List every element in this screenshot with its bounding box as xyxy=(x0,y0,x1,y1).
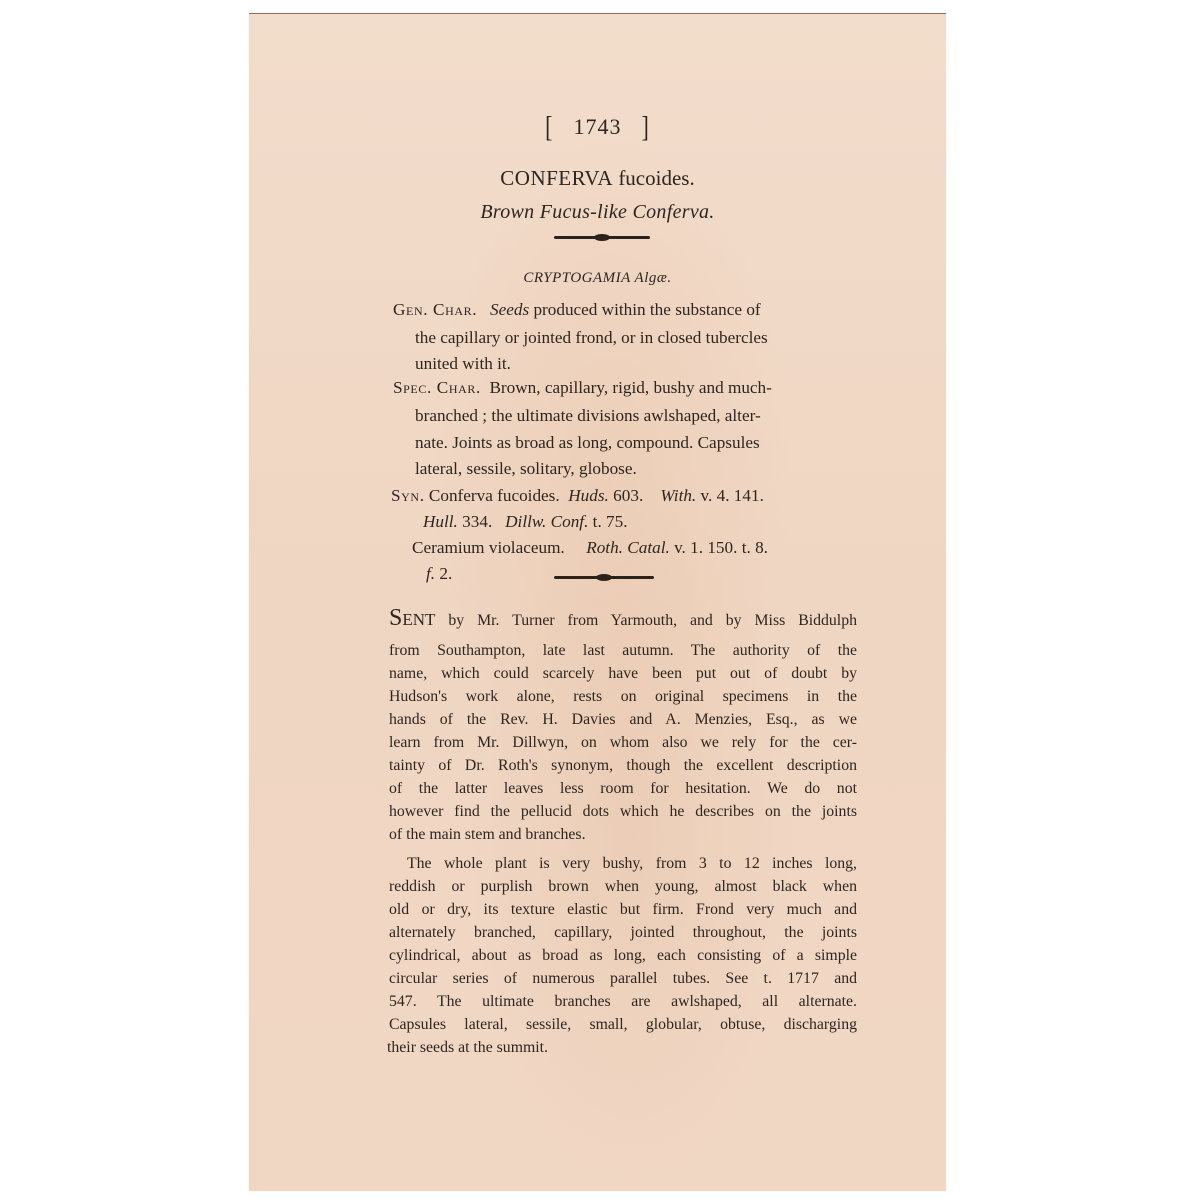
species-name: fucoides. xyxy=(618,166,694,190)
gen-char-line-3: united with it. xyxy=(415,352,511,376)
page-number: [1743] xyxy=(249,114,946,140)
paragraph-1-line-3: name, which could scarcely have been put… xyxy=(389,663,857,686)
spec-char-line-4: lateral, sessile, solitary, globose. xyxy=(415,457,637,481)
paragraph-1-line-6: learn from Mr. Dillwyn, on whom also we … xyxy=(389,732,857,755)
spec-char-line-1: Spec. Char. Brown, capillary, rigid, bus… xyxy=(393,376,772,400)
gen-char-line-2: the capillary or jointed frond, or in cl… xyxy=(415,326,768,350)
spec-char-line-2: branched ; the ultimate divisions awlsha… xyxy=(415,404,761,428)
classification: CRYPTOGAMIA Algæ. xyxy=(249,270,946,287)
book-page: [1743] CONFERVA fucoides. Brown Fucus-li… xyxy=(249,13,946,1191)
paragraph-1-line-9: however find the pellucid dots which he … xyxy=(389,801,857,824)
paragraph-2-line-8: Capsules lateral, sessile, small, globul… xyxy=(389,1014,857,1037)
plate-number: 1743 xyxy=(574,114,622,139)
paragraph-1-line-5: hands of the Rev. H. Davies and A. Menzi… xyxy=(389,709,857,732)
paragraph-2-line-3: old or dry, its texture elastic but firm… xyxy=(389,899,857,922)
genus-name: CONFERVA xyxy=(500,166,613,190)
spec-char-label: Spec. Char. xyxy=(393,378,481,397)
paragraph-2-line-9: their seeds at the summit. xyxy=(387,1037,855,1060)
page-title: CONFERVA fucoides. xyxy=(249,166,946,191)
syn-line-2: Hull. 334. Dillw. Conf. t. 75. xyxy=(423,510,628,534)
paragraph-1-line-4: Hudson's work alone, rests on original s… xyxy=(389,686,857,709)
close-bracket: ] xyxy=(642,109,650,144)
syn-line-1: Syn. Conferva fucoides. Huds. 603. With.… xyxy=(391,484,764,508)
paragraph-2-line-2: reddish or purplish brown when young, al… xyxy=(389,876,857,899)
syn-line-4: f. 2. xyxy=(426,562,452,586)
paragraph-2-line-7: 547. The ultimate branches are awlshaped… xyxy=(389,991,857,1014)
syn-label: Syn. xyxy=(391,486,425,505)
paragraph-1-line-1: Sent by Mr. Turner from Yarmouth, and by… xyxy=(389,607,857,633)
gen-char-line-1: Gen. Char. Seeds produced within the sub… xyxy=(393,298,761,322)
paragraph-1-line-2: from Southampton, late last autumn. The … xyxy=(389,640,857,663)
open-bracket: [ xyxy=(545,109,553,144)
drop-cap: Sent xyxy=(389,605,435,631)
paragraph-2-line-1: The whole plant is very bushy, from 3 to… xyxy=(407,853,857,876)
ornamental-rule-bottom xyxy=(554,576,654,579)
spec-char-line-3: nate. Joints as broad as long, compound.… xyxy=(415,431,760,455)
gen-char-label: Gen. Char. xyxy=(393,300,477,319)
paragraph-1-line-8: of the latter leaves less room for hesit… xyxy=(389,778,857,801)
paragraph-1-line-7: tainty of Dr. Roth's synonym, though the… xyxy=(389,755,857,778)
common-name: Brown Fucus-like Conferva. xyxy=(249,201,946,224)
ornamental-rule-top xyxy=(554,236,650,239)
paragraph-2-line-4: alternately branched, capillary, jointed… xyxy=(389,922,857,945)
paragraph-2-line-5: cylindrical, about as broad as long, eac… xyxy=(389,945,857,968)
paragraph-1-line-10: of the main stem and branches. xyxy=(389,824,857,847)
syn-line-3: Ceramium violaceum. Roth. Catal. v. 1. 1… xyxy=(412,536,768,560)
paragraph-2-line-6: circular series of numerous parallel tub… xyxy=(389,968,857,991)
